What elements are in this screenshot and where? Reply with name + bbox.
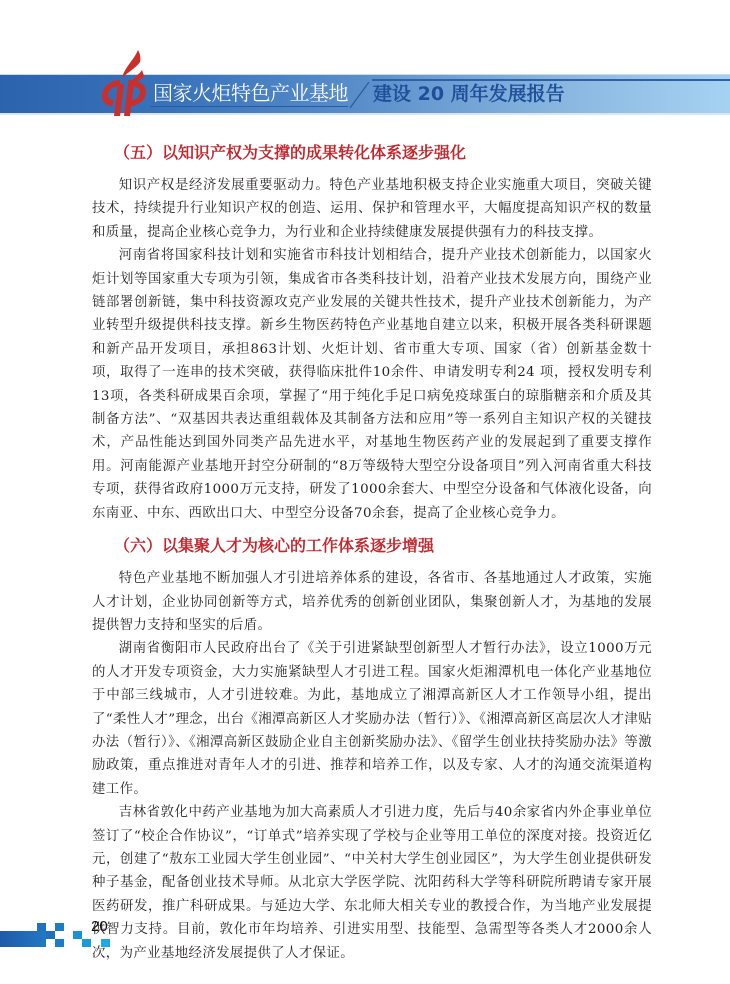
paragraph: 特色产业基地不断加强人才引进培养体系的建设，各省市、各基地通过人才政策，实施人才… xyxy=(92,567,652,637)
section-ip-system: （五）以知识产权为支撑的成果转化体系逐步强化 知识产权是经济发展重要驱动力。特色… xyxy=(92,140,652,525)
banner-title-underline xyxy=(150,106,348,107)
paragraph: 知识产权是经济发展重要驱动力。特色产业基地积极支持企业实施重大项目，突破关键技术… xyxy=(92,174,652,244)
paragraph: 吉林省敦化中药产业基地为加大高素质人才引进力度，先后与40余家省内外企事业单位签… xyxy=(92,801,652,965)
torch-logo-icon xyxy=(98,50,148,116)
section-heading: （五）以知识产权为支撑的成果转化体系逐步强化 xyxy=(114,140,652,166)
section-talent-system: （六）以集聚人才为核心的工作体系逐步增强 特色产业基地不断加强人才引进培养体系的… xyxy=(92,533,652,965)
banner-accent-line xyxy=(372,79,730,81)
page-number: 20 xyxy=(91,919,108,935)
paragraph: 湖南省衡阳市人民政府出台了《关于引进紧缺型创新型人才暂行办法》，设立1000万元… xyxy=(92,637,652,801)
banner-title-left: 国家火炬特色产业基地 xyxy=(153,81,348,105)
paragraph: 河南省将国家科技计划和实施省市科技计划相结合，提升产业技术创新能力，以国家火炬计… xyxy=(92,244,652,525)
document-body: （五）以知识产权为支撑的成果转化体系逐步强化 知识产权是经济发展重要驱动力。特色… xyxy=(92,140,652,965)
banner-title-right: 建设 20 周年发展报告 xyxy=(373,82,565,106)
section-heading: （六）以集聚人才为核心的工作体系逐步增强 xyxy=(114,533,652,559)
